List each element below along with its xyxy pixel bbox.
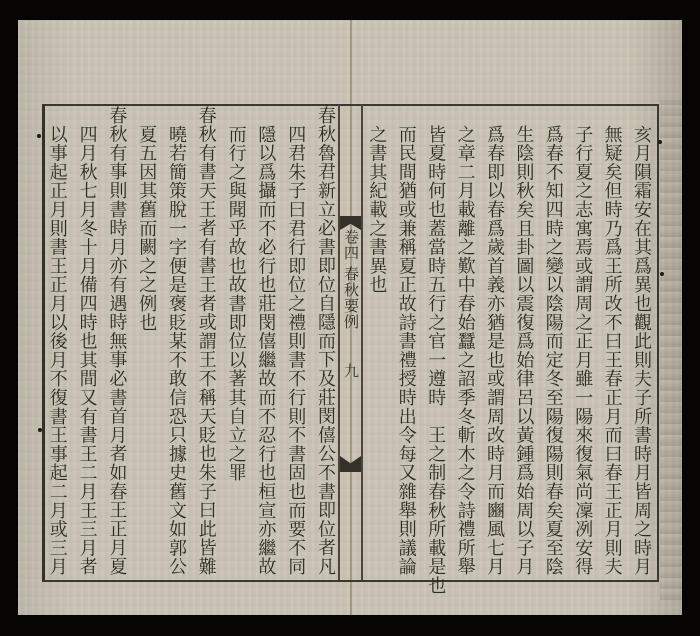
text-column: 亥月隕霜安在其爲異也觀此則夫子所書時月皆周之時月	[630, 125, 652, 576]
text-column: 皆夏時何也蓋當時五行之官一遵時 王之制春秋所載是也	[424, 125, 446, 595]
text-column-paragraph-start: 春秋有書天王者有書王者或謂王不稱天貶也朱子曰此皆難	[195, 106, 217, 576]
text-column: 之書其紀載之書異也	[365, 125, 387, 294]
text-column: 以事起正月則書王正月以後月不復書王事起二月或三月	[46, 125, 68, 576]
text-column: 而民間猶或兼稱夏正故詩書禮授時出令每又雜舉則議論	[395, 125, 417, 576]
text-column: 之章二月載離之歎中春始蠶之詔季冬斬木之令詩禮所舉	[454, 125, 476, 576]
binding-hole-icon	[658, 140, 662, 144]
center-column-left-rule	[338, 104, 340, 580]
text-column: 無疑矣但時乃爲王所改不曰王春正月而曰春王正月則夫	[601, 125, 623, 576]
worn-paper-edge	[660, 100, 682, 600]
center-column-right-rule	[361, 104, 363, 580]
text-column: 曉若簡策脫一字便是褒貶某不敢信恐只據史舊文如郭公	[165, 125, 187, 576]
text-column: 生陰則秋矣且卦圖以震復爲始律呂以黃鍾爲始周以子月	[512, 125, 534, 576]
page-number: 九	[340, 363, 361, 379]
text-column: 子行夏之志寓焉或謂周之正月雖一陽來復氣尚凜冽安得	[571, 125, 593, 576]
binding-hole-icon	[660, 272, 664, 276]
text-column: 夏五因其舊而闕之之例也	[135, 125, 157, 332]
text-column: 爲春不知四時之變以陰陽而定冬至陽復陽則春矣夏至陰	[542, 125, 564, 576]
text-column-paragraph-start: 春秋魯君新立必書即位自隱而下及莊閔僖公不書即位者凡	[314, 106, 336, 576]
binding-hole-icon	[38, 428, 42, 432]
text-column: 四月秋七月冬十月備四時也其間又有書王二月王三月者	[76, 125, 98, 576]
book-title: 春秋要例	[340, 266, 361, 330]
binding-hole-icon	[37, 134, 41, 138]
volume-label: 卷四	[340, 229, 361, 261]
text-column-paragraph-start: 春秋有事則書時月亦有遇時無事必書首月者如春王正月夏	[105, 106, 127, 576]
text-column: 四君朱子曰君行即位之禮則書不行則不書固也而要不同	[284, 125, 306, 576]
text-column: 爲春即以春爲歲首義亦猶是也或謂周改時月而豳風七月	[483, 125, 505, 576]
text-column: 隱以爲攝而不必行也莊閔僖繼故而不忍行也桓宣亦繼故	[254, 125, 276, 576]
text-column: 而行之與聞乎故也故書即位以著其自立之罪	[225, 125, 247, 482]
